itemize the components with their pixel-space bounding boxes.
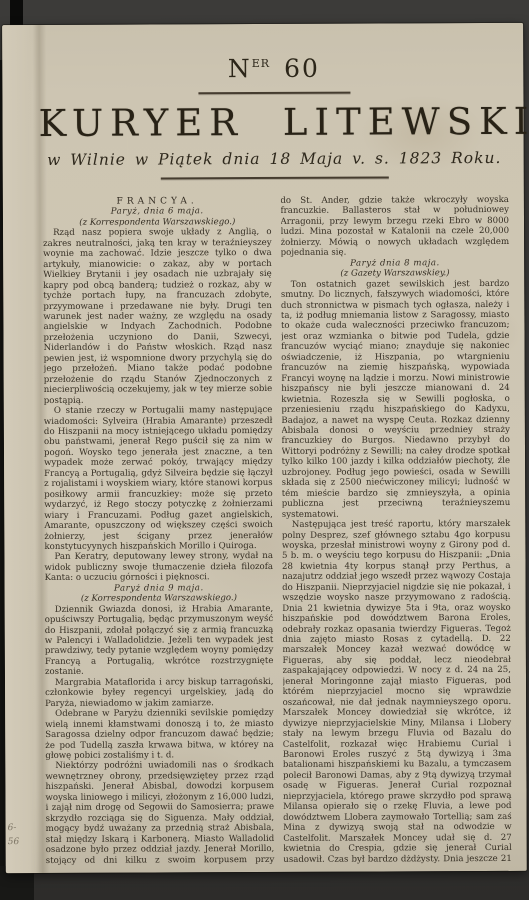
left-column: FRANCYA.Paryż, dnia 6 maja.(z Korrespond… [43, 196, 274, 865]
article-columns: FRANCYA.Paryż, dnia 6 maja.(z Korrespond… [43, 195, 512, 865]
margin-note: 6- [8, 823, 17, 833]
article-paragraph: do St. Ander, gdzie także wkroczyły woys… [280, 195, 509, 259]
newspaper-title: KURYER LITEWSKI [38, 102, 509, 144]
masthead-rule-top [198, 92, 350, 95]
right-column: do St. Ander, gdzie także wkroczyły woys… [280, 195, 511, 864]
article-paragraph: Niektórzy podróżni uwiadomili nas o środ… [45, 760, 274, 865]
masthead: NER60 KURYER LITEWSKI w Wilnie w Piątek … [38, 23, 510, 180]
article-paragraph: Pan Keratry, deputowany lewey strony, wy… [44, 551, 273, 583]
article-paragraph: Rząd nasz popiera swoje układy z Anglią,… [43, 227, 272, 406]
page-gutter: 6- 56 [2, 25, 40, 873]
article-paragraph: O stanie rzeczy w Portugalii mamy następ… [44, 405, 273, 552]
issue-prefix: N [228, 54, 252, 83]
article-paragraph: Ton ostatnich gazet sewilskich jest bard… [281, 279, 511, 520]
newspaper-page: 6- 56 NER60 KURYER LITEWSKI w Wilnie w P… [2, 23, 527, 873]
article-paragraph: Odebrane w Paryżu dzienniki sevilskie po… [45, 708, 274, 761]
article-paragraph: Następująca jest treść raportu, który ma… [282, 519, 512, 864]
article-paragraph: Margrabia Mataflorida i arcy biskup tarr… [45, 677, 274, 709]
issue-number: 60 [284, 54, 320, 83]
article-paragraph: Dziennik Gwiazda donosi, iż Hrabia Amara… [45, 604, 274, 678]
issue-superscript: ER [252, 57, 270, 70]
masthead-dateline: w Wilnie w Piątek dnia 18 Maja v. s. 182… [39, 149, 510, 169]
margin-note: 56 [8, 837, 19, 847]
issue-number-line: NER60 [38, 53, 509, 84]
masthead-rule-bottom [160, 176, 388, 179]
